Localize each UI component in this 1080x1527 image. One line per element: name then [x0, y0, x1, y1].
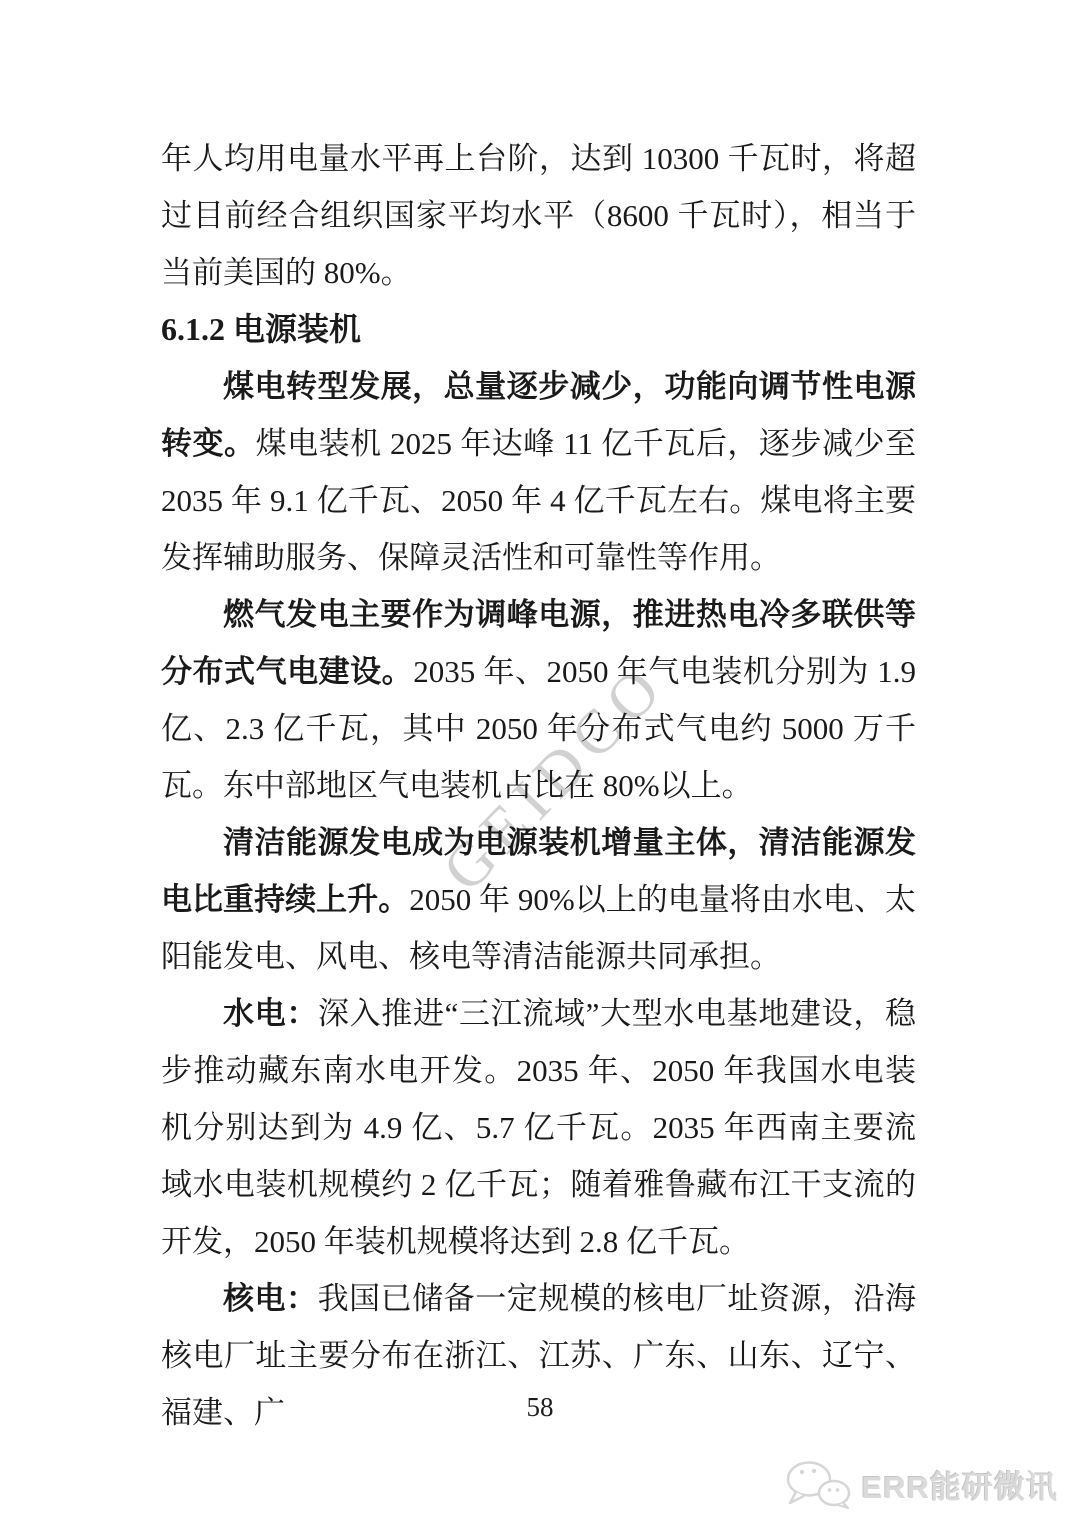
- page-content: 年人均用电量水平再上台阶，达到 10300 千瓦时，将超过目前经合组织国家平均水…: [161, 130, 916, 1441]
- wechat-icon: [784, 1459, 852, 1509]
- paragraph-nuclear-power-lead: 核电：: [223, 1281, 318, 1316]
- paragraph-hydro-power: 水电：深入推进“三江流域”大型水电基地建设，稳步推动藏东南水电开发。2035 年…: [161, 985, 916, 1270]
- section-heading-text: 6.1.2 电源装机: [161, 311, 361, 347]
- paragraph-coal-power-text: 煤电装机 2025 年达峰 11 亿千瓦后，逐步减少至 2035 年 9.1 亿…: [161, 426, 916, 575]
- page-number: 58: [0, 1392, 1080, 1423]
- paragraph-gas-power: 燃气发电主要作为调峰电源，推进热电冷多联供等分布式气电建设。2035 年、205…: [161, 586, 916, 814]
- paragraph-coal-power: 煤电转型发展，总量逐步减少，功能向调节性电源转变。煤电装机 2025 年达峰 1…: [161, 358, 916, 586]
- paragraph-intro-text: 年人均用电量水平再上台阶，达到 10300 千瓦时，将超过目前经合组织国家平均水…: [161, 141, 916, 290]
- paragraph-hydro-power-lead: 水电：: [223, 996, 318, 1031]
- paragraph-hydro-power-text: 深入推进“三江流域”大型水电基地建设，稳步推动藏东南水电开发。2035 年、20…: [161, 996, 916, 1259]
- section-heading-6-1-2: 6.1.2 电源装机: [161, 301, 916, 358]
- footer-logo: ERR能研微讯: [784, 1459, 1058, 1509]
- document-page: GEIDCO 年人均用电量水平再上台阶，达到 10300 千瓦时，将超过目前经合…: [0, 0, 1080, 1527]
- paragraph-clean-energy: 清洁能源发电成为电源装机增量主体，清洁能源发电比重持续上升。2050 年 90%…: [161, 814, 916, 985]
- paragraph-intro: 年人均用电量水平再上台阶，达到 10300 千瓦时，将超过目前经合组织国家平均水…: [161, 130, 916, 301]
- footer-brand-text: ERR能研微讯: [862, 1462, 1058, 1507]
